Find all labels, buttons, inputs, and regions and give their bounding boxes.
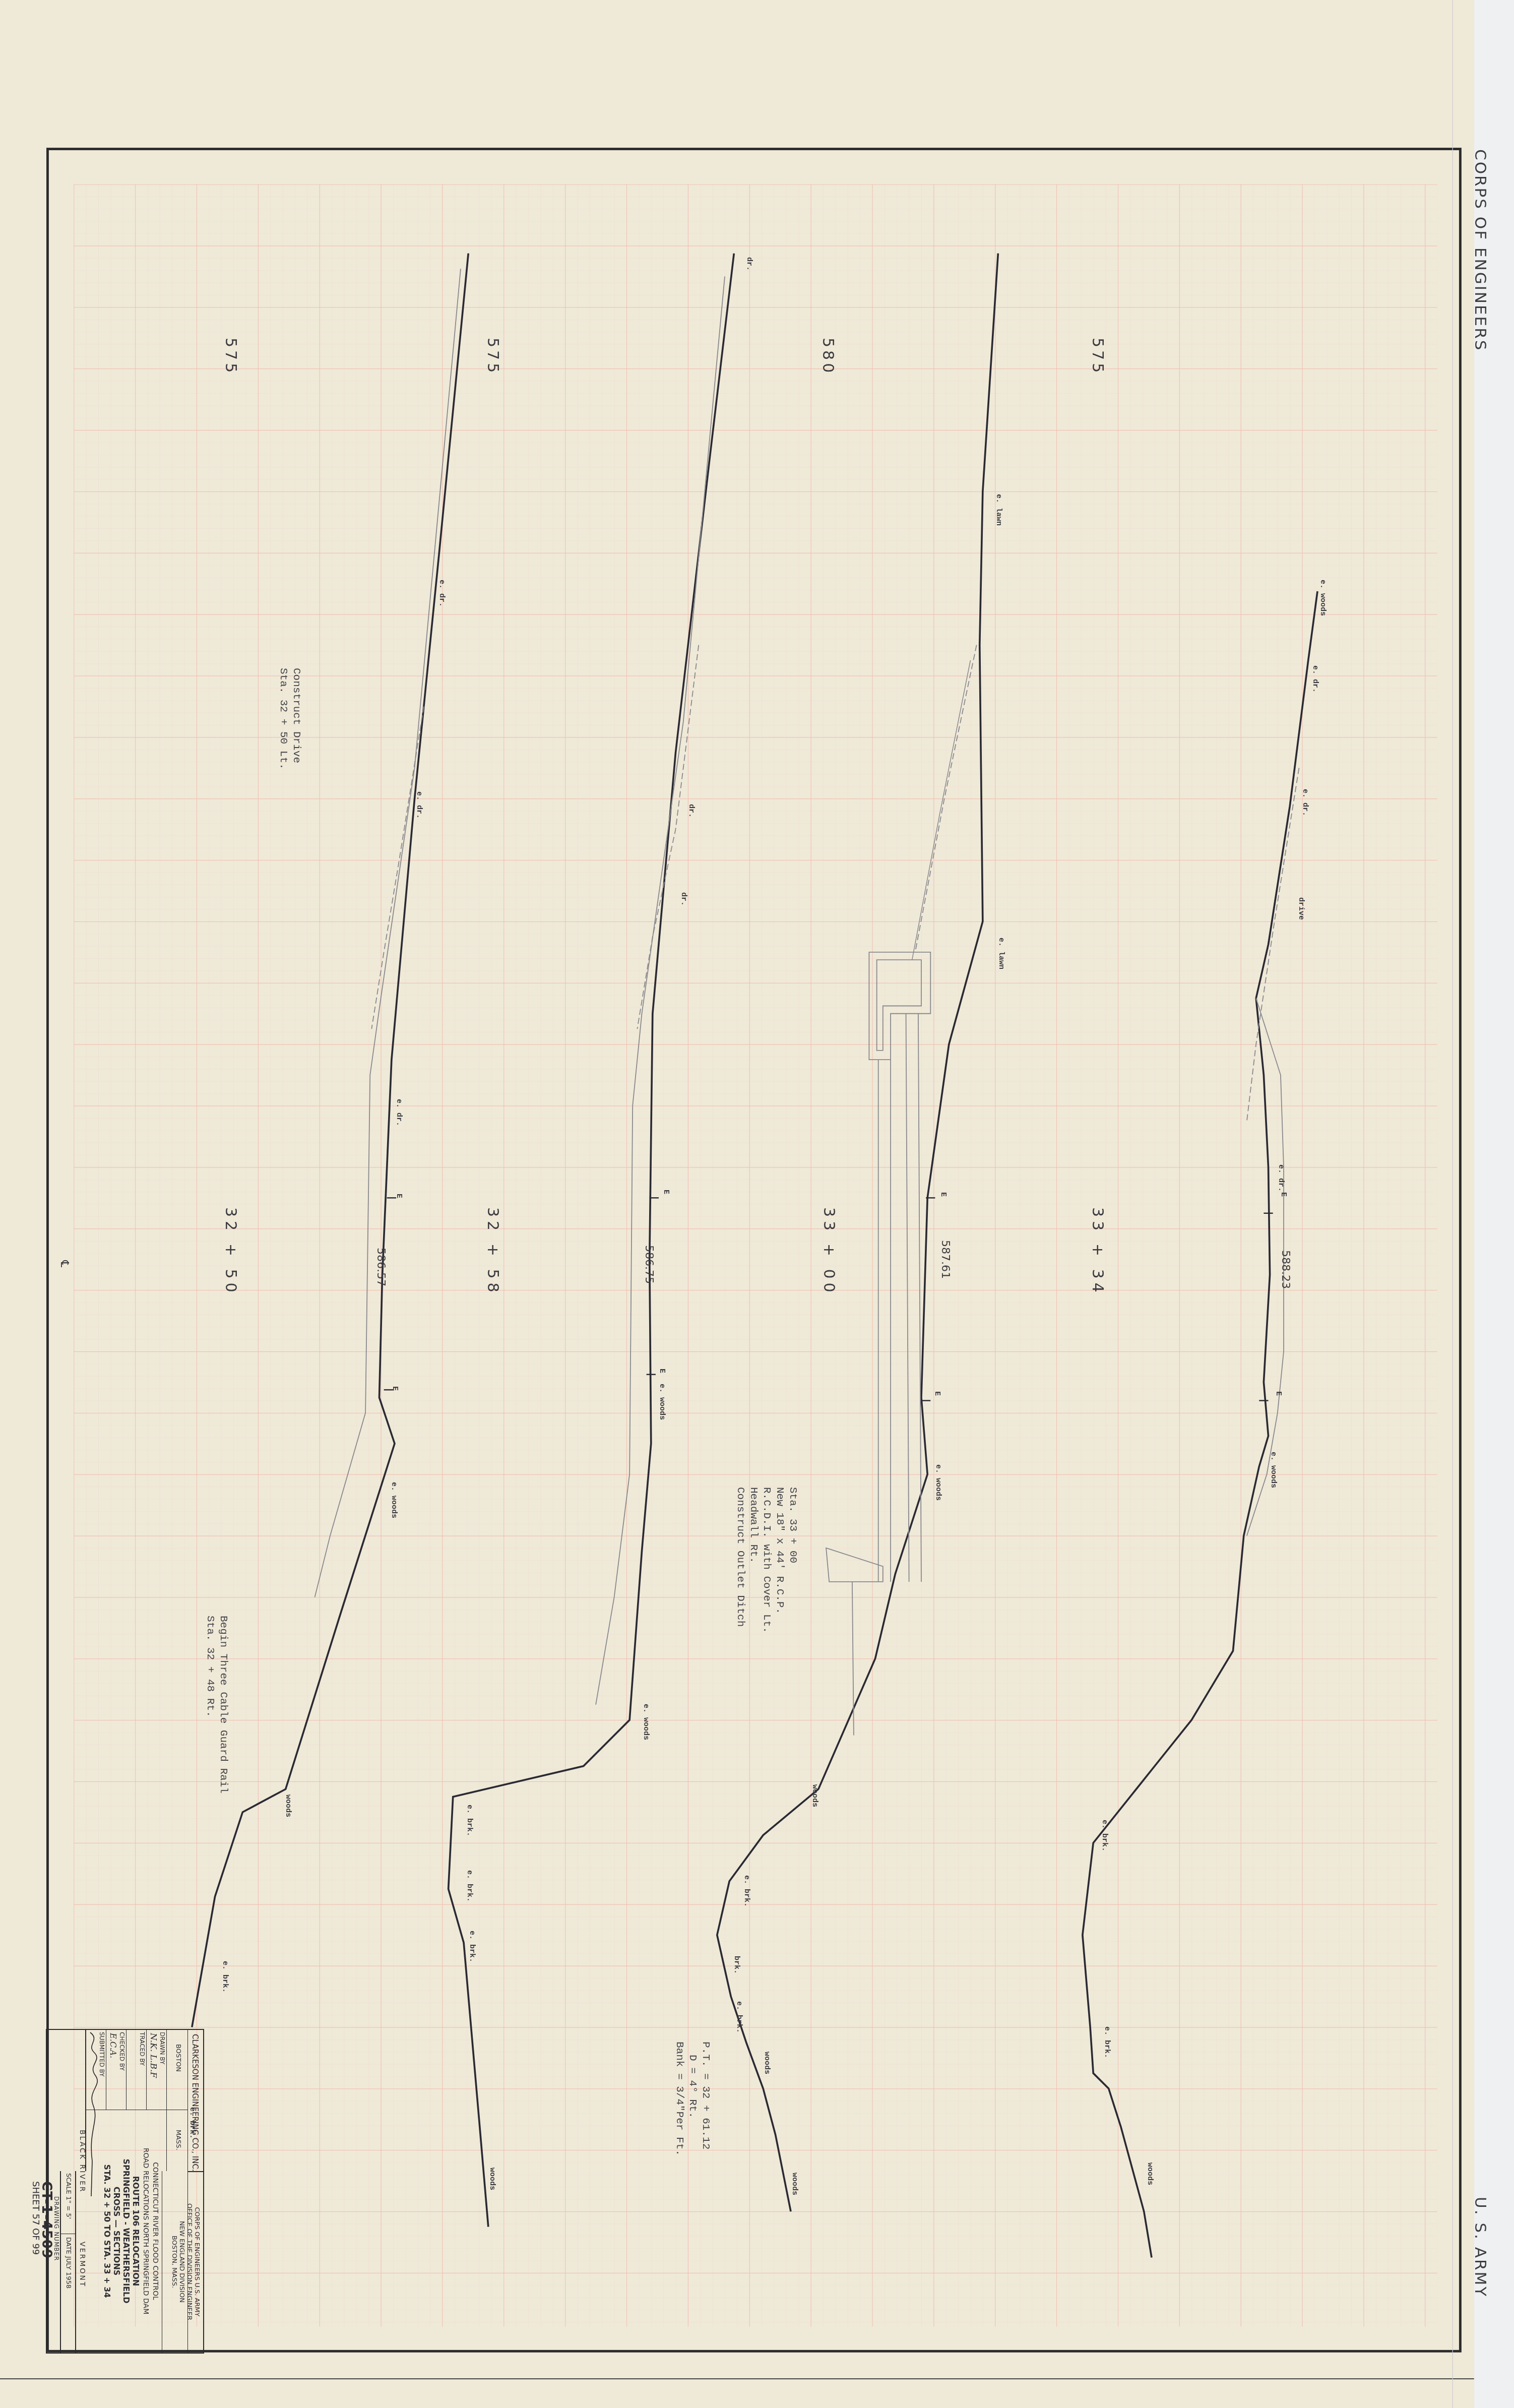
note-guard-rail: Begin Three Cable Guard Rail Sta. 32 + 4… xyxy=(203,1616,229,1794)
station-label-33-00: 33 + 00 xyxy=(820,1207,838,1296)
state-location: VERMONT xyxy=(76,2242,86,2342)
ground-label: e. brk. xyxy=(468,1931,476,1962)
ground-label: e. woods xyxy=(934,1464,942,1501)
ground-label: brk. xyxy=(732,1956,741,1974)
drawing-number: CT-1-4509 xyxy=(39,2181,54,2259)
ground-label: woods xyxy=(284,1795,292,1817)
ground-label: E xyxy=(395,1194,403,1198)
ground-label: e. woods xyxy=(390,1482,398,1518)
ground-label: E xyxy=(658,1369,666,1373)
ground-label: E xyxy=(939,1192,948,1197)
elevation-label-33-00: 580 xyxy=(819,338,837,376)
station-label-32-50: 32 + 50 xyxy=(222,1207,239,1296)
drawn-by-value: N.K. L.B.F xyxy=(148,2033,158,2078)
ground-label: e. dr. xyxy=(395,1099,403,1126)
ground-label: e. lawn xyxy=(997,938,1005,969)
us-army-label: U. S. ARMY xyxy=(1471,2197,1489,2298)
ground-label: e. brk. xyxy=(1103,2026,1111,2058)
ground-label: e. dr. xyxy=(1277,1164,1285,1192)
ground-label: woods xyxy=(1146,2163,1154,2185)
agency-block: CORPS OF ENGINEERS U.S. ARMY OFFICE OF T… xyxy=(162,2171,203,2353)
graph-paper-grid xyxy=(74,184,1437,2327)
ground-label: e. woods xyxy=(1269,1452,1278,1488)
ground-label: e. brk. xyxy=(1100,1820,1109,1851)
ground-label: e. dr. xyxy=(437,580,446,607)
checked-by-value: E.C.A. xyxy=(108,2033,118,2058)
note-culvert: Sta. 33 + 00 New 18" x 44' R.C.P. R.C.D.… xyxy=(733,1487,799,1633)
ground-label: woods xyxy=(810,1784,819,1807)
note-construct-drive: Construct Drive Sta. 32 + 50 Lt. xyxy=(276,668,302,770)
ground-label: dr. xyxy=(745,257,753,271)
ground-label: E xyxy=(1274,1391,1283,1396)
cl-elevation-33-00: 587.61 xyxy=(939,1240,952,1279)
ground-label: e. dr. xyxy=(415,791,423,819)
ground-label: e. brk. xyxy=(742,1875,751,1907)
ground-label: e. brk. xyxy=(465,1870,474,1902)
ground-label: woods xyxy=(790,2173,799,2195)
ground-label: woods xyxy=(488,2168,496,2190)
firm-city: BOSTON xyxy=(174,2044,182,2072)
ground-label: e. brk. xyxy=(221,1961,229,1993)
ground-label: e. woods xyxy=(1318,580,1327,616)
ground-label: dr. xyxy=(687,804,696,818)
note-curve-data: P.T. = 32 + 61.12 D = 4° Rt. Bank = 3/4"… xyxy=(672,2042,712,2156)
ground-label: e. dr. xyxy=(1311,665,1319,693)
corps-of-engineers-label: CORPS OF ENGINEERS xyxy=(1471,149,1489,351)
firm-state: MASS. xyxy=(174,2130,182,2150)
ground-label: E xyxy=(1279,1192,1288,1197)
river-name: BLACK RIVER xyxy=(76,2110,86,2231)
cl-elevation-33-34: 588.23 xyxy=(1279,1250,1292,1289)
ground-label: e. brk. xyxy=(735,2001,743,2033)
elevation-label-33-34: 575 xyxy=(1089,338,1106,376)
date-value: DATE JULY 1958 xyxy=(61,2234,75,2353)
project-description: CONNECTICUT RIVER FLOOD CONTROL ROAD REL… xyxy=(86,2110,162,2353)
elevation-label-32-58: 575 xyxy=(484,338,501,376)
ground-label: e. woods xyxy=(642,1704,650,1740)
firm-name: CLARKESON ENGINEERING CO., INC. xyxy=(191,2034,200,2172)
ground-label: dr. xyxy=(679,892,688,906)
elevation-label-32-50: 575 xyxy=(222,338,239,376)
scale-value: SCALE 1" = 5' xyxy=(61,2171,75,2234)
ground-label: e. brk. xyxy=(465,1805,474,1836)
ground-label: E xyxy=(662,1190,670,1194)
sheet-number: SHEET 57 OF 99 xyxy=(30,2181,41,2255)
ground-label: drive xyxy=(1297,897,1305,920)
ground-label: e. lawn xyxy=(994,494,1003,526)
cl-elevation-32-58: 586.75 xyxy=(643,1245,655,1284)
station-label-32-58: 32 + 58 xyxy=(484,1207,501,1296)
centerline-symbol: ℄ xyxy=(58,1260,71,1267)
cl-elevation-32-50: 586.57 xyxy=(374,1248,387,1286)
ground-label: woods xyxy=(763,2052,771,2074)
station-label-33-34: 33 + 34 xyxy=(1089,1207,1106,1296)
ground-label: e. dr. xyxy=(1301,789,1309,816)
title-block: CLARKESON ENGINEERING CO., INC. BOSTON M… xyxy=(46,2029,204,2354)
ground-label: E xyxy=(391,1386,399,1391)
ground-label: e. woods xyxy=(658,1384,666,1420)
ground-label: E xyxy=(933,1391,941,1396)
